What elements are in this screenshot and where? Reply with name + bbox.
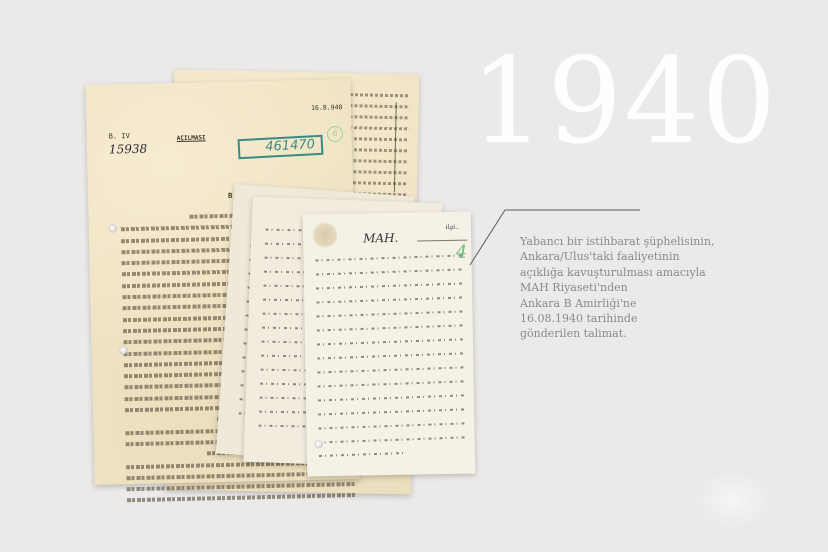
caption-text: Yabancı bir istihbarat şüphelisinin, Ank…	[520, 234, 740, 342]
subject-heading: AÇILMASI	[177, 134, 206, 142]
side-margin-text	[348, 93, 410, 204]
watermark-logo	[694, 470, 772, 530]
archive-document-slide: B. IV 15938 AÇILMASI 16.8.940 B. B. İ. 4…	[0, 0, 828, 552]
caption-line: Yabancı bir istihbarat şüphelisinin,	[520, 234, 740, 249]
caption-line: gönderilen talimat.	[520, 326, 740, 341]
handwritten-body-text	[315, 256, 465, 469]
registry-label: B. IV	[109, 132, 130, 140]
circle-mark: 6	[327, 126, 343, 142]
registry-number: 15938	[109, 142, 147, 157]
paper-stain	[313, 222, 337, 248]
caption-line: açıklığa kavuşturulması amacıyla	[520, 265, 740, 280]
caption-line: Ankara/Ulus'taki faaliyetinin	[520, 249, 740, 264]
note-title: MAH.	[363, 231, 398, 246]
caption-line: Ankara B Amirliği'ne	[520, 296, 740, 311]
year-headline: 1940	[470, 42, 778, 160]
caption-line: 16.08.1940 tarihinde	[520, 311, 740, 326]
caption-line: MAH Riyaseti'nden	[520, 280, 740, 295]
punch-hole-icon	[315, 440, 323, 448]
handwritten-note-page: MAH. ilgi.. 4	[303, 212, 476, 477]
punch-hole-icon	[109, 224, 117, 232]
corner-note: ilgi..	[445, 224, 459, 231]
letter-date: 16.8.940	[311, 103, 342, 112]
